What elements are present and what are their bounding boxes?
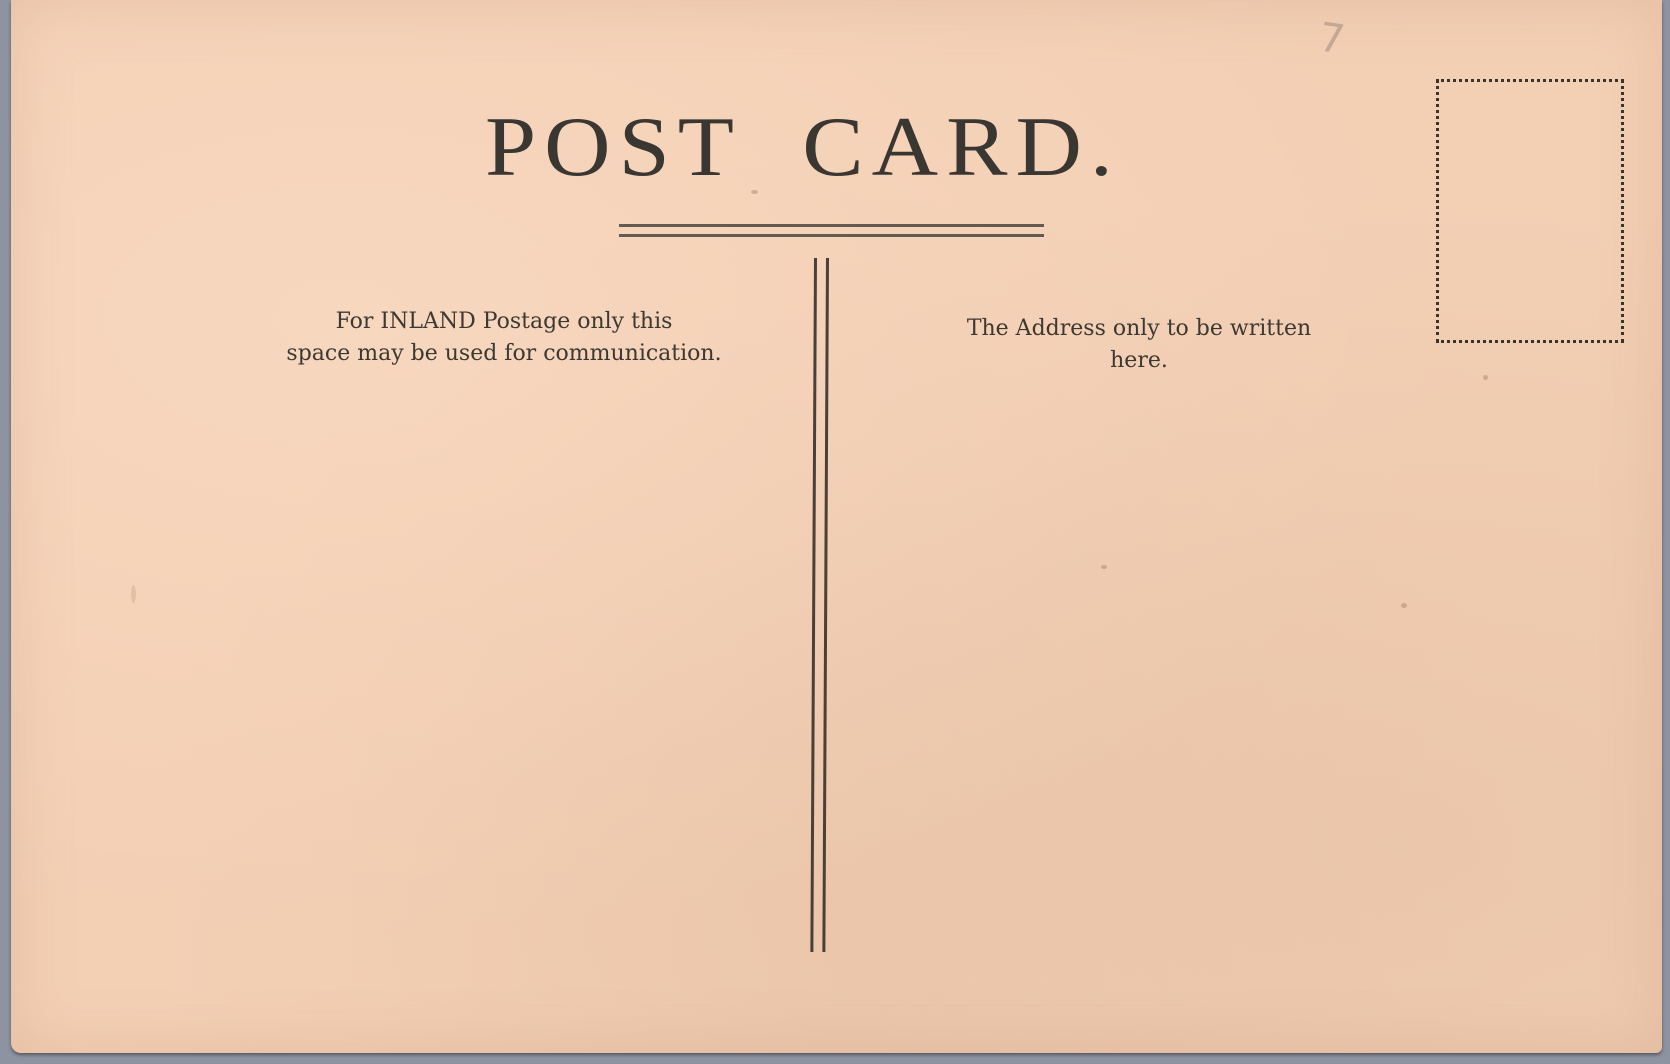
postcard-back: 7 POST CARD. For INLAND Postage only thi… (11, 0, 1662, 1053)
center-divider-right-line (822, 258, 829, 952)
stain-spot (1401, 603, 1407, 608)
address-instructions: The Address only to be written here. (923, 313, 1355, 377)
address-line-1: The Address only to be written (923, 313, 1355, 345)
stain-spot (751, 190, 758, 194)
communication-instructions: For INLAND Postage only this space may b… (243, 306, 765, 370)
title-underline-bottom (619, 234, 1044, 237)
title-underline-top (619, 224, 1044, 227)
stamp-box (1436, 79, 1624, 343)
pencil-mark: 7 (1316, 14, 1348, 63)
communication-line-2: space may be used for communication. (243, 338, 765, 370)
stain-spot (1483, 375, 1488, 380)
stain-spot (1101, 565, 1107, 569)
center-divider-left-line (810, 258, 817, 952)
postcard-title: POST CARD. (485, 104, 1185, 189)
communication-line-1: For INLAND Postage only this (243, 306, 765, 338)
address-line-2: here. (923, 345, 1355, 377)
stain-spot (131, 585, 136, 603)
